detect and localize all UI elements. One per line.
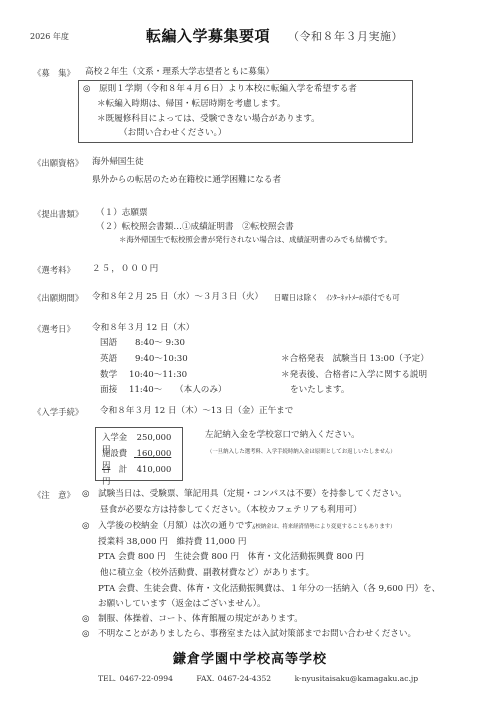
eligibility-item: 県外からの転居のため在籍校に通学困難になる者 [92, 175, 281, 186]
exam-fee-label: 《選考料》 [33, 264, 75, 276]
enrollment-label: 《入学手続》 [33, 406, 83, 418]
enrollment-period: 令和８年３月 12 日（木）～13 日（金）正午まで [100, 406, 293, 417]
fax-number: FAX. 0467-24-4352 [196, 674, 271, 683]
page-title: 転編入学募集要項 [146, 25, 270, 46]
document-item: （１）志願票 [96, 208, 148, 219]
note-line: ◎ 試験当日は、受験票、筆記用具（定規・コンパスは不要）を持参してください。 [82, 489, 407, 500]
contact-info: TEL. 0467-22-0994 FAX. 0467-24-4352 k-ny… [98, 674, 438, 683]
schedule-time: 9:40～10:30 [135, 354, 188, 365]
tel-number: TEL. 0467-22-0994 [98, 674, 173, 683]
exam-day-label: 《選考日》 [33, 323, 75, 335]
enrollment-refund-note: （一旦納入した選考料、入学手続時納入金は原則としてお返しいたしません） [207, 448, 396, 456]
enrollment-instruction: 左記納入金を学校窓口で納入ください。 [205, 430, 360, 441]
note-line: PTA 会費 800 円 生徒会費 800 円 体育・文化活動振興費 800 円 [98, 552, 364, 563]
exam-day-note: をいたします。 [290, 385, 349, 396]
enrollment-fee-box: 入学金 250,000 円 施設費 160,000 円 合 計 410,000 … [95, 427, 183, 481]
schedule-subject: 国語 [100, 338, 117, 349]
fee-name: 施設費 [102, 447, 134, 459]
note-line: ◎ 制服、体操着、コート、体育館履の規定があります。 [82, 614, 303, 625]
application-period-value: 令和８年２月 25 日（水）～３月３日（火） [92, 292, 263, 303]
note-line: お願いしています（返金はございません）。 [98, 599, 266, 610]
note-line: ◎ 入学後の校納金（月額）は次の通りです。 [82, 521, 261, 532]
recruit-box-line: ＊既履修科目によっては、受験できない場合があります。 [97, 114, 320, 125]
note-line: PTA 会費、生徒会費、体育・文化活動振興費は、１年分の一括納入（各 9,600… [98, 584, 440, 595]
fiscal-year: 2026 年度 [30, 31, 69, 42]
note-line-small: （校納金は、将来経済情勢により変更することもあります） [250, 523, 396, 531]
note-line: ◎ 不明なことがありましたら、事務室または入試対策部までお問い合わせください。 [82, 629, 416, 640]
note-line: 他に積立金（校外活動費、副教材費など）があります。 [100, 568, 314, 579]
application-period-label: 《出願期間》 [33, 292, 83, 304]
notes-label: 《注 意》 [33, 489, 75, 501]
recruit-box-line: ＊転編入時期は、帰国・転居時期を考慮します。 [97, 99, 285, 110]
schedule-time: 10:40～11:30 [129, 370, 187, 381]
recruit-target: 高校２年生（文系・理系大学志望者ともに募集） [85, 67, 274, 78]
note-line: 昼食が必要な方は持参してください。（本校カフェテリアも利用可） [100, 505, 362, 516]
page-subtitle: （令和８年３月実施） [288, 28, 403, 44]
schedule-time: 11:40～ [129, 385, 162, 396]
schedule-subject: 数学 [100, 370, 117, 381]
exam-day-date: 令和８年３月 12 日（木） [92, 323, 194, 334]
recruit-label: 《募 集》 [33, 67, 75, 79]
recruit-box-line: （お問い合わせください。） [119, 128, 226, 139]
schedule-subject: 面接 [100, 385, 117, 396]
fee-name: 合 計 [102, 463, 134, 475]
schedule-extra: （本人のみ） [175, 385, 227, 396]
eligibility-label: 《出願資格》 [33, 157, 83, 169]
application-period-note: 日曜日は除く ｲﾝﾀｰﾈｯﾄﾒｰﾙ添付でも可 [274, 293, 400, 303]
school-name: 鎌倉学園中学校高等学校 [173, 648, 327, 667]
eligibility-item: 海外帰国生徒 [92, 157, 144, 168]
exam-day-note: ＊発表後、合格者に入学に関する説明 [281, 370, 427, 381]
schedule-subject: 英語 [100, 354, 117, 365]
schedule-time: 8:40～ 9:30 [135, 338, 185, 349]
recruit-box-line: ◎ 原則１学期（令和８年４月６日）より本校に転編入学を希望する者 [83, 84, 357, 95]
documents-note: ＊海外帰国生で転校照会書が発行されない場合は、成績証明書のみでも結構です。 [119, 235, 392, 245]
fee-name: 入学金 [102, 431, 134, 443]
contact-email[interactable]: k-nyusitaisaku@kamagaku.ac.jp [295, 674, 419, 683]
documents-label: 《提出書類》 [33, 208, 83, 220]
fee-row-total: 合 計 410,000 円 [102, 463, 182, 487]
exam-day-note: ＊合格発表 試験当日 13:00（予定） [281, 354, 429, 365]
exam-fee-value: ２５，０００円 [92, 264, 159, 275]
document-item: （２）転校照会書類…①成績証明書 ②転校照会書 [96, 222, 294, 233]
note-line: 授業料 38,000 円 維持費 11,000 円 [98, 537, 246, 548]
